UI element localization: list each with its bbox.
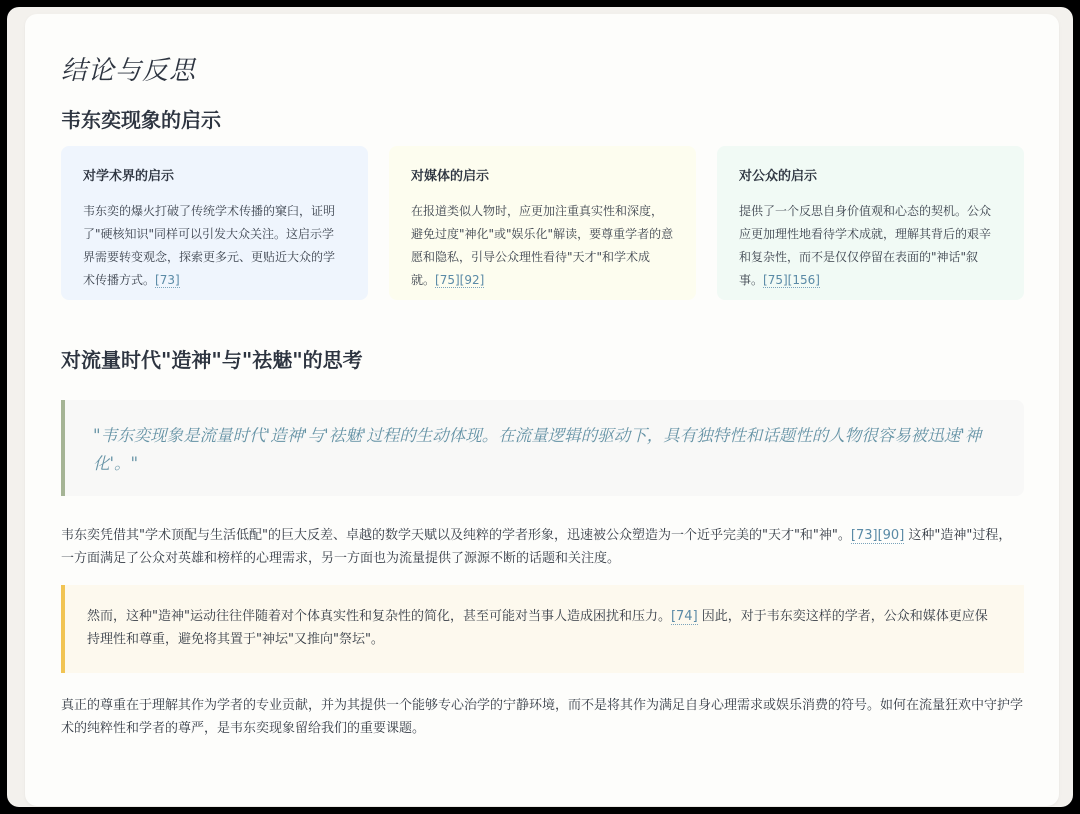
callout-note: 然而，这种"造神"运动往往伴随着对个体真实性和复杂性的简化，甚至可能对当事人造成… bbox=[61, 585, 1024, 673]
citation-link[interactable]: [75][92] bbox=[435, 273, 484, 288]
card-text: 韦东奕的爆火打破了传统学术传播的窠臼，证明了"硬核知识"同样可以引发大众关注。这… bbox=[83, 204, 335, 287]
insight-cards: 对学术界的启示 韦东奕的爆火打破了传统学术传播的窠臼，证明了"硬核知识"同样可以… bbox=[61, 146, 1024, 300]
citation-link[interactable]: [73][90] bbox=[851, 528, 904, 544]
insight-card-public: 对公众的启示 提供了一个反思自身价值观和心态的契机。公众应更加理性地看待学术成就… bbox=[717, 146, 1024, 300]
page-card: 结论与反思 韦东奕现象的启示 对学术界的启示 韦东奕的爆火打破了传统学术传播的窠… bbox=[25, 14, 1059, 806]
card-body: 在报道类似人物时，应更加注重真实性和深度，避免过度"神化"或"娱乐化"解读，要尊… bbox=[411, 200, 674, 292]
note-text: 然而，这种"造神"运动往往伴随着对个体真实性和复杂性的简化，甚至可能对当事人造成… bbox=[87, 605, 1000, 651]
card-body: 提供了一个反思自身价值观和心态的契机。公众应更加理性地看待学术成就，理解其背后的… bbox=[739, 200, 1002, 292]
paragraph-conclusion: 真正的尊重在于理解其作为学者的专业贡献，并为其提供一个能够专心治学的宁静环境，而… bbox=[61, 694, 1024, 740]
quote-text: "韦东奕现象是流量时代'造神'与'祛魅'过程的生动体现。在流量逻辑的驱动下，具有… bbox=[93, 422, 994, 478]
page-title: 结论与反思 bbox=[61, 50, 196, 87]
citation-link[interactable]: [73] bbox=[155, 273, 180, 288]
insight-card-academia: 对学术界的启示 韦东奕的爆火打破了传统学术传播的窠臼，证明了"硬核知识"同样可以… bbox=[61, 146, 368, 300]
insights-heading: 韦东奕现象的启示 bbox=[61, 104, 221, 133]
citation-link[interactable]: [74] bbox=[671, 609, 698, 625]
card-title: 对公众的启示 bbox=[739, 168, 1002, 186]
note-text-before: 然而，这种"造神"运动往往伴随着对个体真实性和复杂性的简化，甚至可能对当事人造成… bbox=[87, 609, 671, 624]
citation-link[interactable]: [75][156] bbox=[763, 273, 820, 288]
card-title: 对媒体的启示 bbox=[411, 168, 674, 186]
card-body: 韦东奕的爆火打破了传统学术传播的窠臼，证明了"硬核知识"同样可以引发大众关注。这… bbox=[83, 200, 346, 292]
card-title: 对学术界的启示 bbox=[83, 168, 346, 186]
paragraph-text: 韦东奕凭借其"学术顶配与生活低配"的巨大反差、卓越的数学天赋以及纯粹的学者形象，… bbox=[61, 528, 851, 543]
pull-quote: "韦东奕现象是流量时代'造神'与'祛魅'过程的生动体现。在流量逻辑的驱动下，具有… bbox=[61, 400, 1024, 496]
insight-card-media: 对媒体的启示 在报道类似人物时，应更加注重真实性和深度，避免过度"神化"或"娱乐… bbox=[389, 146, 696, 300]
reflection-heading: 对流量时代"造神"与"祛魅"的思考 bbox=[61, 344, 363, 373]
paragraph-deification: 韦东奕凭借其"学术顶配与生活低配"的巨大反差、卓越的数学天赋以及纯粹的学者形象，… bbox=[61, 524, 1024, 570]
